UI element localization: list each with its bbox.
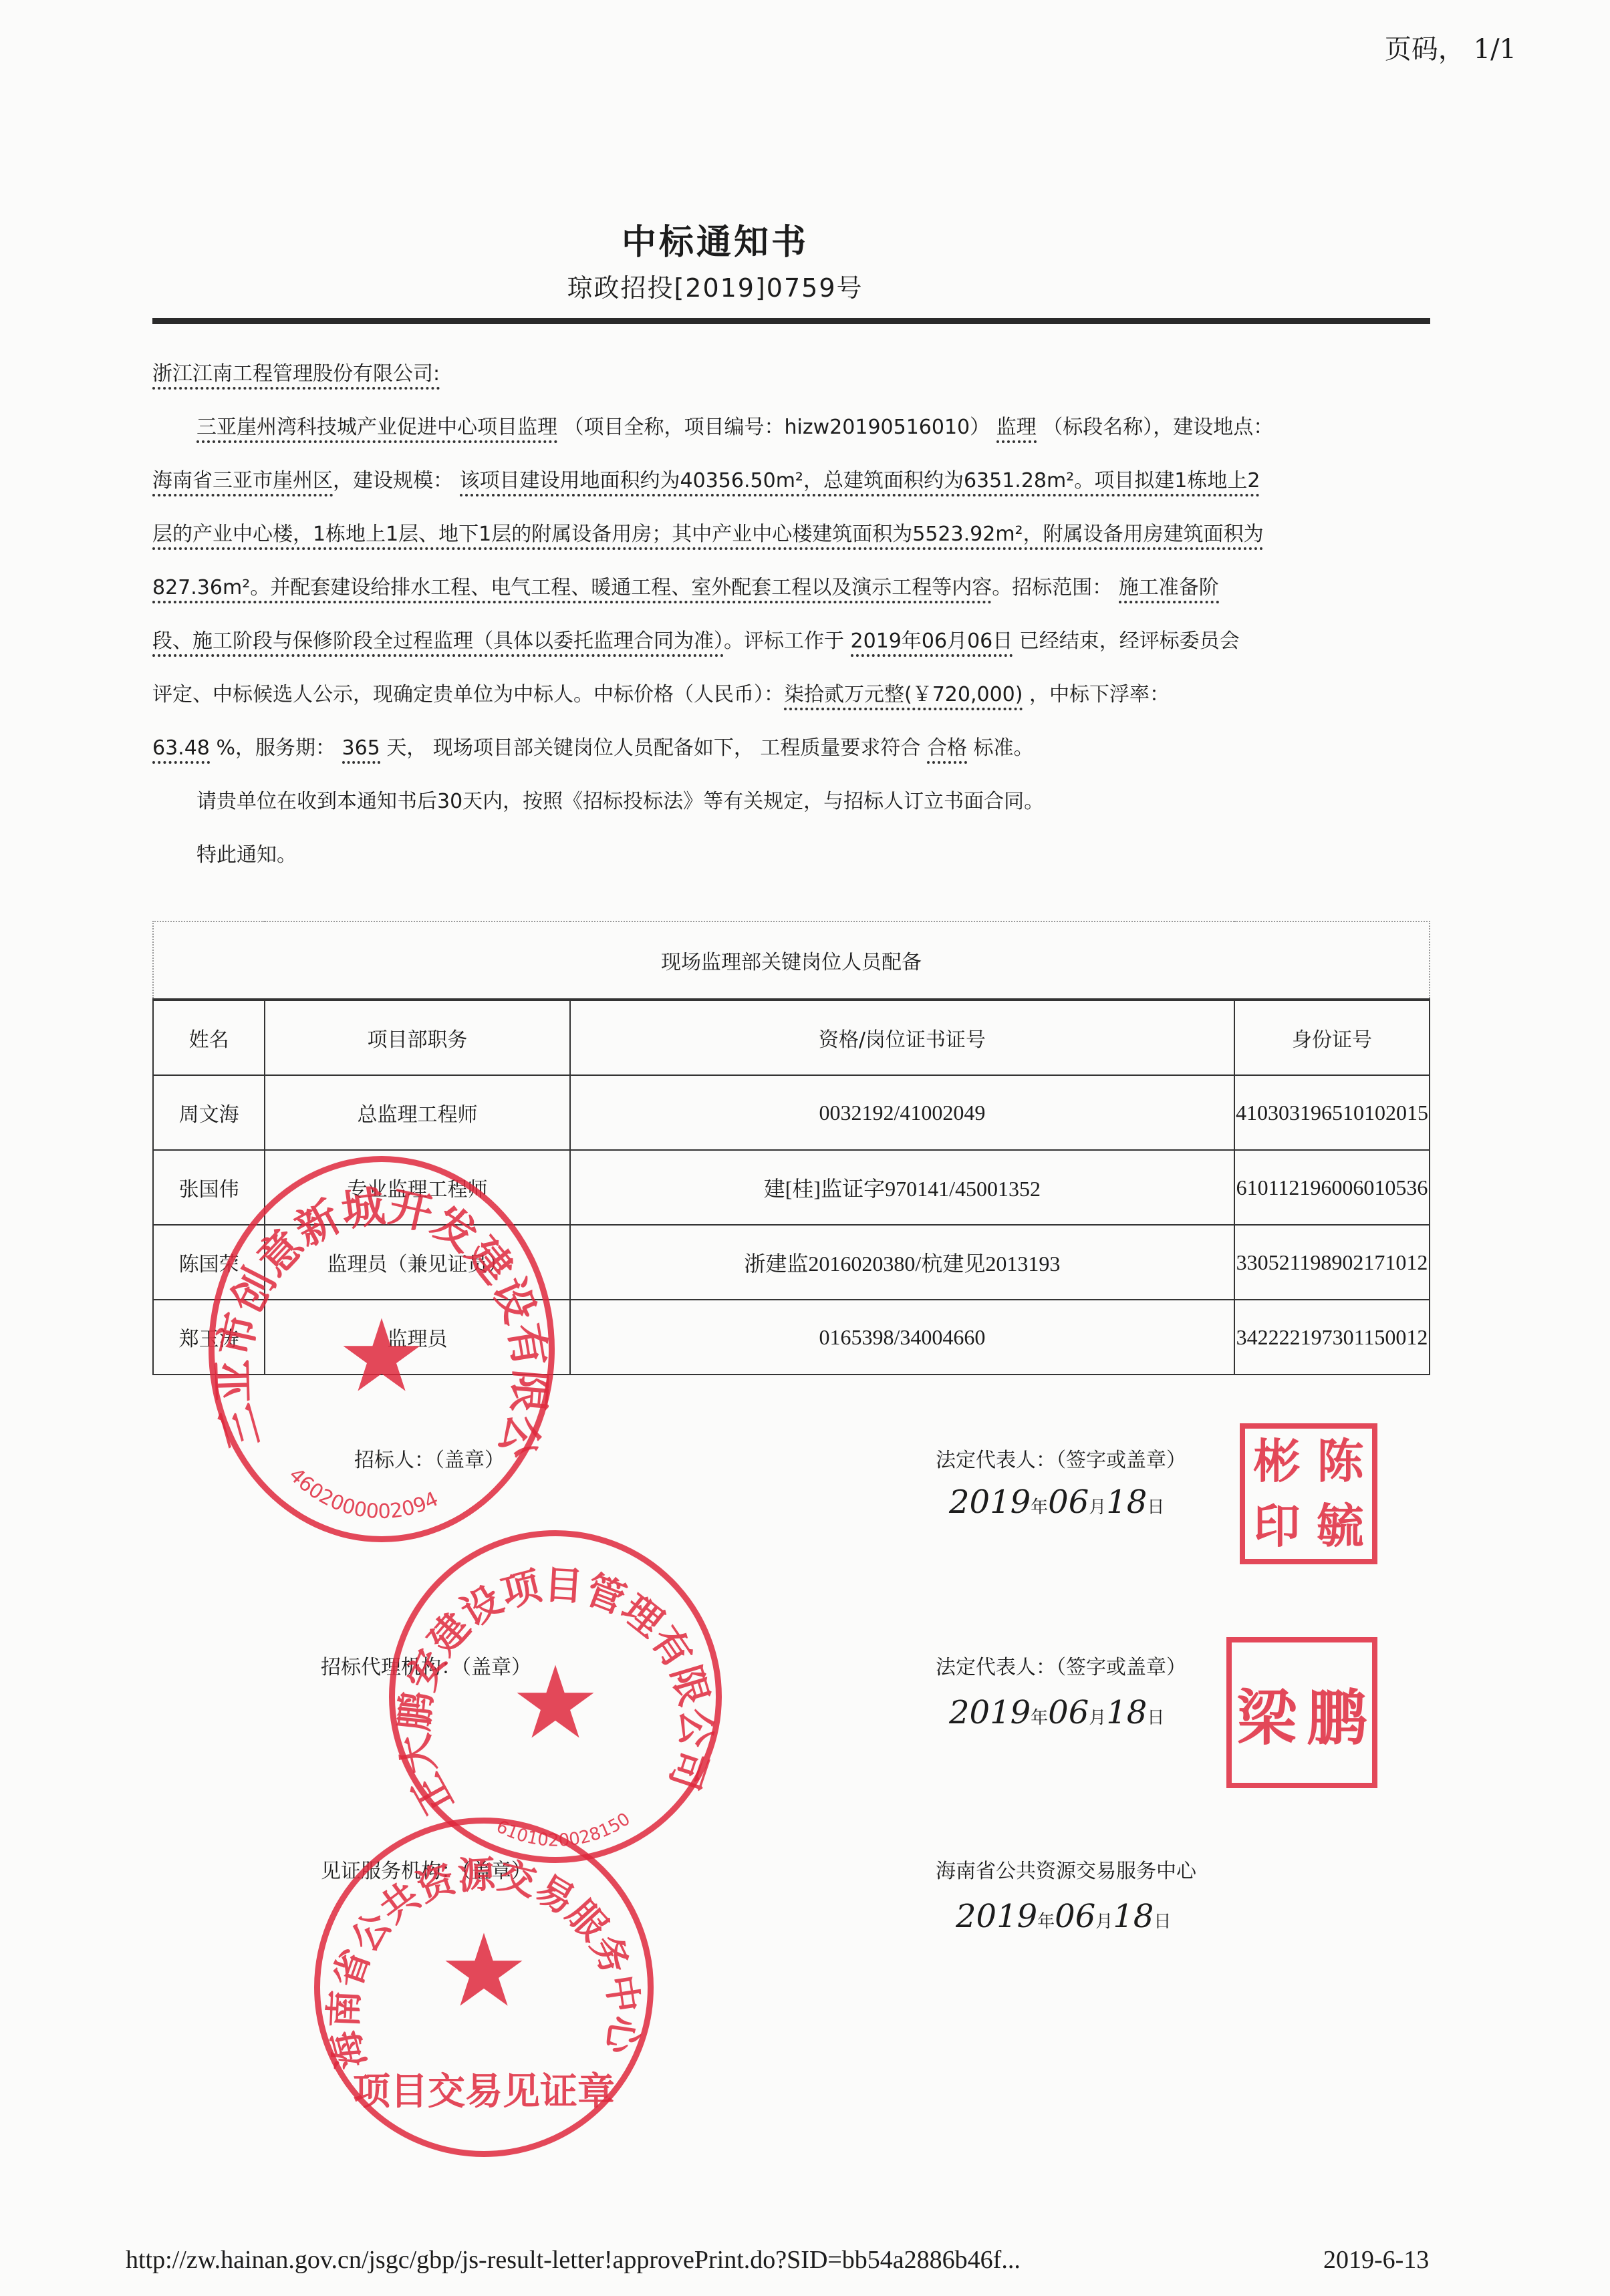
staff-certificate: 浙建监2016020380/杭建见2013193 — [570, 1225, 1234, 1300]
eval-date: 2019年06月06日 — [851, 629, 1013, 657]
star-icon: ★ — [511, 1653, 600, 1753]
legal-rep-seal-1: 彬陈 印毓 — [1240, 1423, 1377, 1564]
scope-label: 。招标范围： — [992, 576, 1112, 599]
header-divider — [152, 318, 1430, 324]
staff-name: 周文海 — [153, 1075, 265, 1150]
location: 海南省三亚市崖州区 — [152, 469, 333, 496]
recipient: 浙江江南工程管理股份有限公司: — [152, 362, 440, 390]
staff-certificate: 0032192/41002049 — [570, 1075, 1234, 1150]
document-title: 中标通知书 — [0, 214, 1430, 264]
signing-date-1: 2019年06月18日 — [949, 1483, 1164, 1521]
section-suffix: （标段名称），建设地点： — [1043, 416, 1273, 439]
discount-rate: 63.48 — [152, 736, 210, 764]
scale-label: ，建设规模： — [333, 469, 453, 492]
tenderer-seal: 三亚市创意新城开发建设有限公司 4602000002094 ★ — [209, 1156, 555, 1542]
service-days: 365 — [342, 736, 380, 764]
print-url: http://zw.hainan.gov.cn/jsgc/gbp/js-resu… — [126, 2245, 1021, 2275]
eval-label: 。评标工作于 — [724, 629, 844, 653]
discount-label: ，中标下浮率： — [1029, 683, 1170, 706]
eval-suffix: 已经结束，经评标委员会 — [1019, 629, 1240, 653]
notice-body: 浙江江南工程管理股份有限公司: 三亚崖州湾科技城产业促进中心项目监理 （项目全称… — [152, 347, 1430, 882]
closing: 特此通知。 — [152, 829, 1430, 882]
days-suffix: 天， 现场项目部关键岗位人员配备如下， 工程质量要求符合 — [386, 736, 920, 760]
staff-position: 总监理工程师 — [265, 1075, 570, 1150]
col-certificate: 资格/岗位证书证号 — [570, 1000, 1234, 1075]
col-position: 项目部职务 — [265, 1000, 570, 1075]
quality-suffix: 标准。 — [973, 736, 1033, 760]
award-text: 评定、中标候选人公示，现确定贵单位为中标人。中标价格（人民币）： — [152, 683, 784, 706]
staff-id: 330521198902171012 — [1234, 1225, 1430, 1300]
staff-table-header: 姓名 项目部职务 资格/岗位证书证号 身份证号 — [153, 1000, 1430, 1075]
scale-line-2: 层的产业中心楼，1栋地上1层、地下1层的附属设备用房；其中产业中心楼建筑面积为5… — [152, 523, 1264, 550]
staff-id: 610112196006010536 — [1234, 1150, 1430, 1225]
project-name-suffix: （项目全称，项目编号：hizw20190516010） — [564, 416, 990, 439]
scale-line-3: 827.36m²。并配套建设给排水工程、电气工程、暖通工程、室外配套工程以及演示… — [152, 576, 992, 603]
table-row: 周文海 总监理工程师 0032192/41002049 410303196510… — [153, 1075, 1430, 1150]
signing-date-2: 2019年06月18日 — [949, 1694, 1164, 1731]
legal-rep-label-1: 法定代表人：（签字或盖章） — [936, 1443, 1186, 1473]
page-number: 页码， 1/1 — [1385, 28, 1516, 66]
agent-seal: 正大鹏安建设项目管理有限公司 6101020028150 ★ — [389, 1530, 722, 1863]
staff-certificate: 建[桂]监证字970141/45001352 — [570, 1150, 1234, 1225]
star-icon: ★ — [439, 1921, 529, 2021]
award-price: 柒拾贰万元整(￥720,000) — [784, 683, 1023, 710]
col-name: 姓名 — [153, 1000, 265, 1075]
staff-id: 410303196510102015 — [1234, 1075, 1430, 1150]
col-id-number: 身份证号 — [1234, 1000, 1430, 1075]
project-name: 三亚崖州湾科技城产业促进中心项目监理 — [196, 416, 557, 443]
svg-text:4602000002094: 4602000002094 — [284, 1463, 442, 1524]
scope-part-1: 施工准备阶 — [1119, 576, 1219, 603]
staff-certificate: 0165398/34004660 — [570, 1300, 1234, 1375]
signing-date-3: 2019年06月18日 — [956, 1898, 1171, 1935]
star-icon: ★ — [337, 1306, 426, 1407]
print-date: 2019-6-13 — [1323, 2245, 1429, 2275]
witness-seal: 海南省公共资源交易服务中心 项目交易见证章 ★ — [314, 1818, 654, 2157]
legal-rep-seal-2: 梁鹏 — [1226, 1637, 1377, 1788]
legal-rep-label-2: 法定代表人：（签字或盖章） — [936, 1651, 1186, 1680]
witness-organization: 海南省公共资源交易服务中心 — [936, 1854, 1196, 1884]
discount-unit: %，服务期： — [216, 736, 336, 760]
document-number: 琼政招投[2019]0759号 — [0, 267, 1430, 304]
svg-text:项目交易见证章: 项目交易见证章 — [353, 2070, 615, 2114]
section-name: 监理 — [996, 416, 1037, 443]
staff-table-caption: 现场监理部关键岗位人员配备 — [153, 921, 1430, 1000]
quality-standard: 合格 — [927, 736, 967, 764]
scope-part-2: 段、施工阶段与保修阶段全过程监理（具体以委托监理合同为准） — [152, 629, 724, 657]
staff-id: 342222197301150012 — [1234, 1300, 1430, 1375]
scale-line-1: 该项目建设用地面积约为40356.50m²，总建筑面积约为6351.28m²。项… — [460, 469, 1260, 496]
contract-notice: 请贵单位在收到本通知书后30天内，按照《招标投标法》等有关规定，与招标人订立书面… — [152, 775, 1430, 829]
